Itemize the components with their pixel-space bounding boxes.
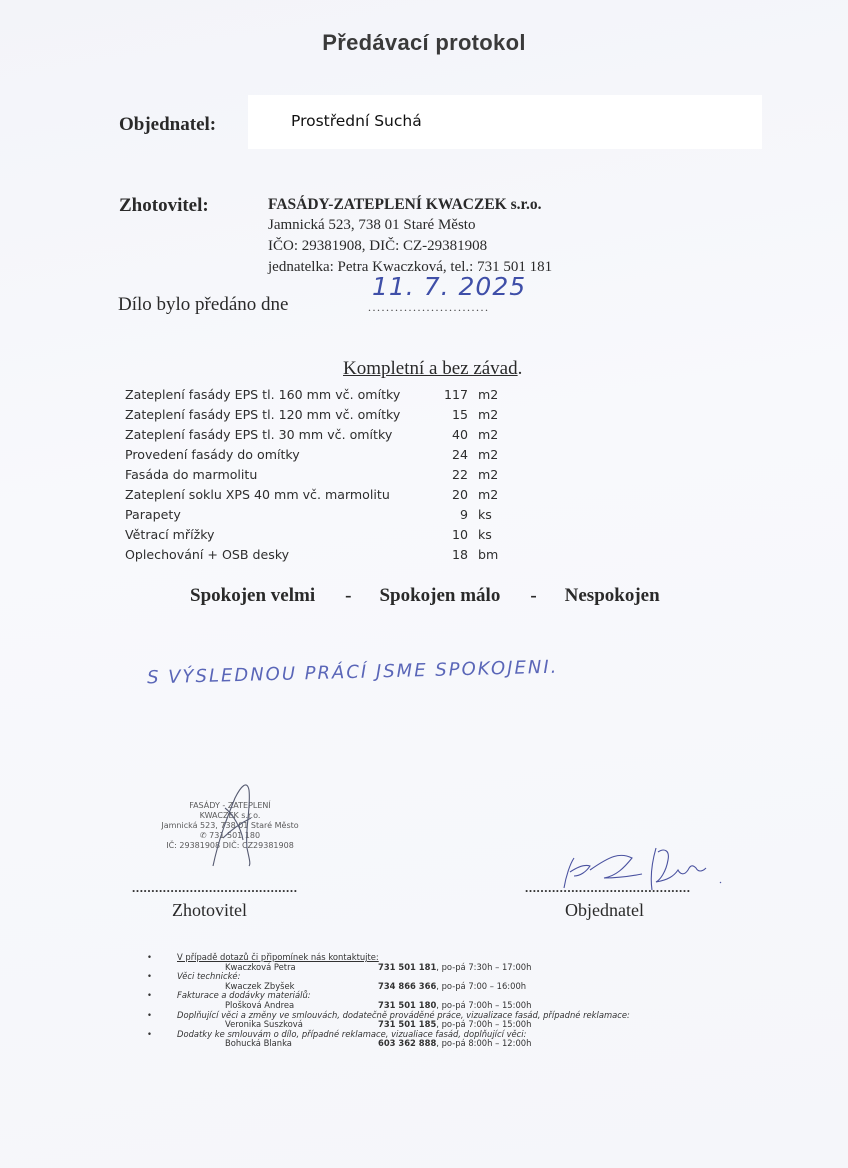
contact-person-row: Bohucká Blanka603 362 888, po-pá 8:00h –… (145, 1039, 665, 1049)
item-unit: bm (468, 547, 498, 562)
satisfaction-scale: Spokojen velmi - Spokojen málo - Nespoko… (190, 585, 690, 607)
bullet-icon: • (145, 953, 177, 963)
bullet-icon: • (145, 972, 177, 982)
contractor-address: Jamnická 523, 738 01 Staré Město (268, 215, 552, 236)
contractor-label: Zhotovitel: (119, 195, 209, 217)
status-period: . (518, 358, 523, 379)
contact-phone: 734 866 366 (378, 982, 436, 992)
item-row: Oplechování + OSB desky18bm (125, 544, 525, 564)
client-name: Prostřední Suchá (291, 112, 422, 130)
contact-hours: , po-pá 7:30h – 17:00h (436, 963, 531, 973)
satisfaction-very: Spokojen velmi (190, 585, 315, 607)
item-quantity: 9 (430, 507, 468, 522)
contractor-ids: IČO: 29381908, DIČ: CZ-29381908 (268, 236, 552, 257)
handover-date: 11. 7. 2025 (372, 272, 526, 301)
item-unit: ks (468, 507, 492, 522)
bullet-icon: • (145, 1030, 177, 1040)
contractor-signature-line: ........................................… (132, 880, 298, 896)
bullet-icon: • (145, 1011, 177, 1021)
status-text: Kompletní a bez závad (343, 358, 518, 379)
item-quantity: 22 (430, 467, 468, 482)
status-line: Kompletní a bez závad. (343, 358, 522, 380)
contractor-details: FASÁDY-ZATEPLENÍ KWACZEK s.r.o. Jamnická… (268, 194, 552, 278)
item-name: Provedení fasády do omítky (125, 447, 430, 462)
satisfaction-little: Spokojen málo (379, 585, 500, 607)
item-unit: m2 (468, 487, 498, 502)
item-quantity: 24 (430, 447, 468, 462)
contacts-list: •V případě dotazů či připomínek nás kont… (145, 953, 665, 1049)
item-name: Fasáda do marmolitu (125, 467, 430, 482)
contact-hours: , po-pá 7:00 – 16:00h (436, 982, 526, 992)
item-unit: m2 (468, 387, 498, 402)
item-name: Oplechování + OSB desky (125, 547, 430, 562)
item-quantity: 20 (430, 487, 468, 502)
item-name: Parapety (125, 507, 430, 522)
client-label: Objednatel: (119, 114, 216, 136)
item-row: Zateplení fasády EPS tl. 120 mm vč. omít… (125, 404, 525, 424)
item-unit: m2 (468, 427, 498, 442)
date-line: ........................... (368, 300, 490, 315)
item-unit: m2 (468, 467, 498, 482)
item-quantity: 18 (430, 547, 468, 562)
item-unit: m2 (468, 447, 498, 462)
document-title: Předávací protokol (0, 30, 848, 56)
item-row: Fasáda do marmolitu22m2 (125, 464, 525, 484)
item-unit: m2 (468, 407, 498, 422)
contact-phone: 731 501 181 (378, 963, 436, 973)
item-row: Parapety9ks (125, 504, 525, 524)
item-name: Zateplení fasády EPS tl. 160 mm vč. omít… (125, 387, 430, 402)
bullet-icon: • (145, 991, 177, 1001)
item-row: Zateplení fasády EPS tl. 160 mm vč. omít… (125, 384, 525, 404)
contractor-name: FASÁDY-ZATEPLENÍ KWACZEK s.r.o. (268, 194, 552, 215)
separator: - (315, 585, 379, 607)
client-signature-label: Objednatel (565, 900, 644, 921)
item-row: Zateplení fasády EPS tl. 30 mm vč. omítk… (125, 424, 525, 444)
item-row: Zateplení soklu XPS 40 mm vč. marmolitu2… (125, 484, 525, 504)
item-quantity: 117 (430, 387, 468, 402)
contact-hours: , po-pá 8:00h – 12:00h (436, 1039, 531, 1049)
separator: - (500, 585, 564, 607)
item-quantity: 10 (430, 527, 468, 542)
contact-person: Bohucká Blanka (145, 1039, 378, 1049)
item-row: Provedení fasády do omítky24m2 (125, 444, 525, 464)
item-row: Větrací mřížky10ks (125, 524, 525, 544)
item-name: Zateplení soklu XPS 40 mm vč. marmolitu (125, 487, 430, 502)
client-signature-line: ........................................… (525, 880, 691, 896)
contractor-signature-label: Zhotovitel (172, 900, 247, 921)
item-unit: ks (468, 527, 492, 542)
items-list: Zateplení fasády EPS tl. 160 mm vč. omít… (125, 384, 525, 564)
item-name: Zateplení fasády EPS tl. 30 mm vč. omítk… (125, 427, 430, 442)
satisfaction-not: Nespokojen (565, 585, 660, 607)
item-quantity: 15 (430, 407, 468, 422)
handover-label: Dílo bylo předáno dne (118, 294, 288, 316)
item-quantity: 40 (430, 427, 468, 442)
contractor-signature (205, 778, 265, 868)
item-name: Větrací mřížky (125, 527, 430, 542)
item-name: Zateplení fasády EPS tl. 120 mm vč. omít… (125, 407, 430, 422)
contact-phone: 603 362 888 (378, 1039, 436, 1049)
